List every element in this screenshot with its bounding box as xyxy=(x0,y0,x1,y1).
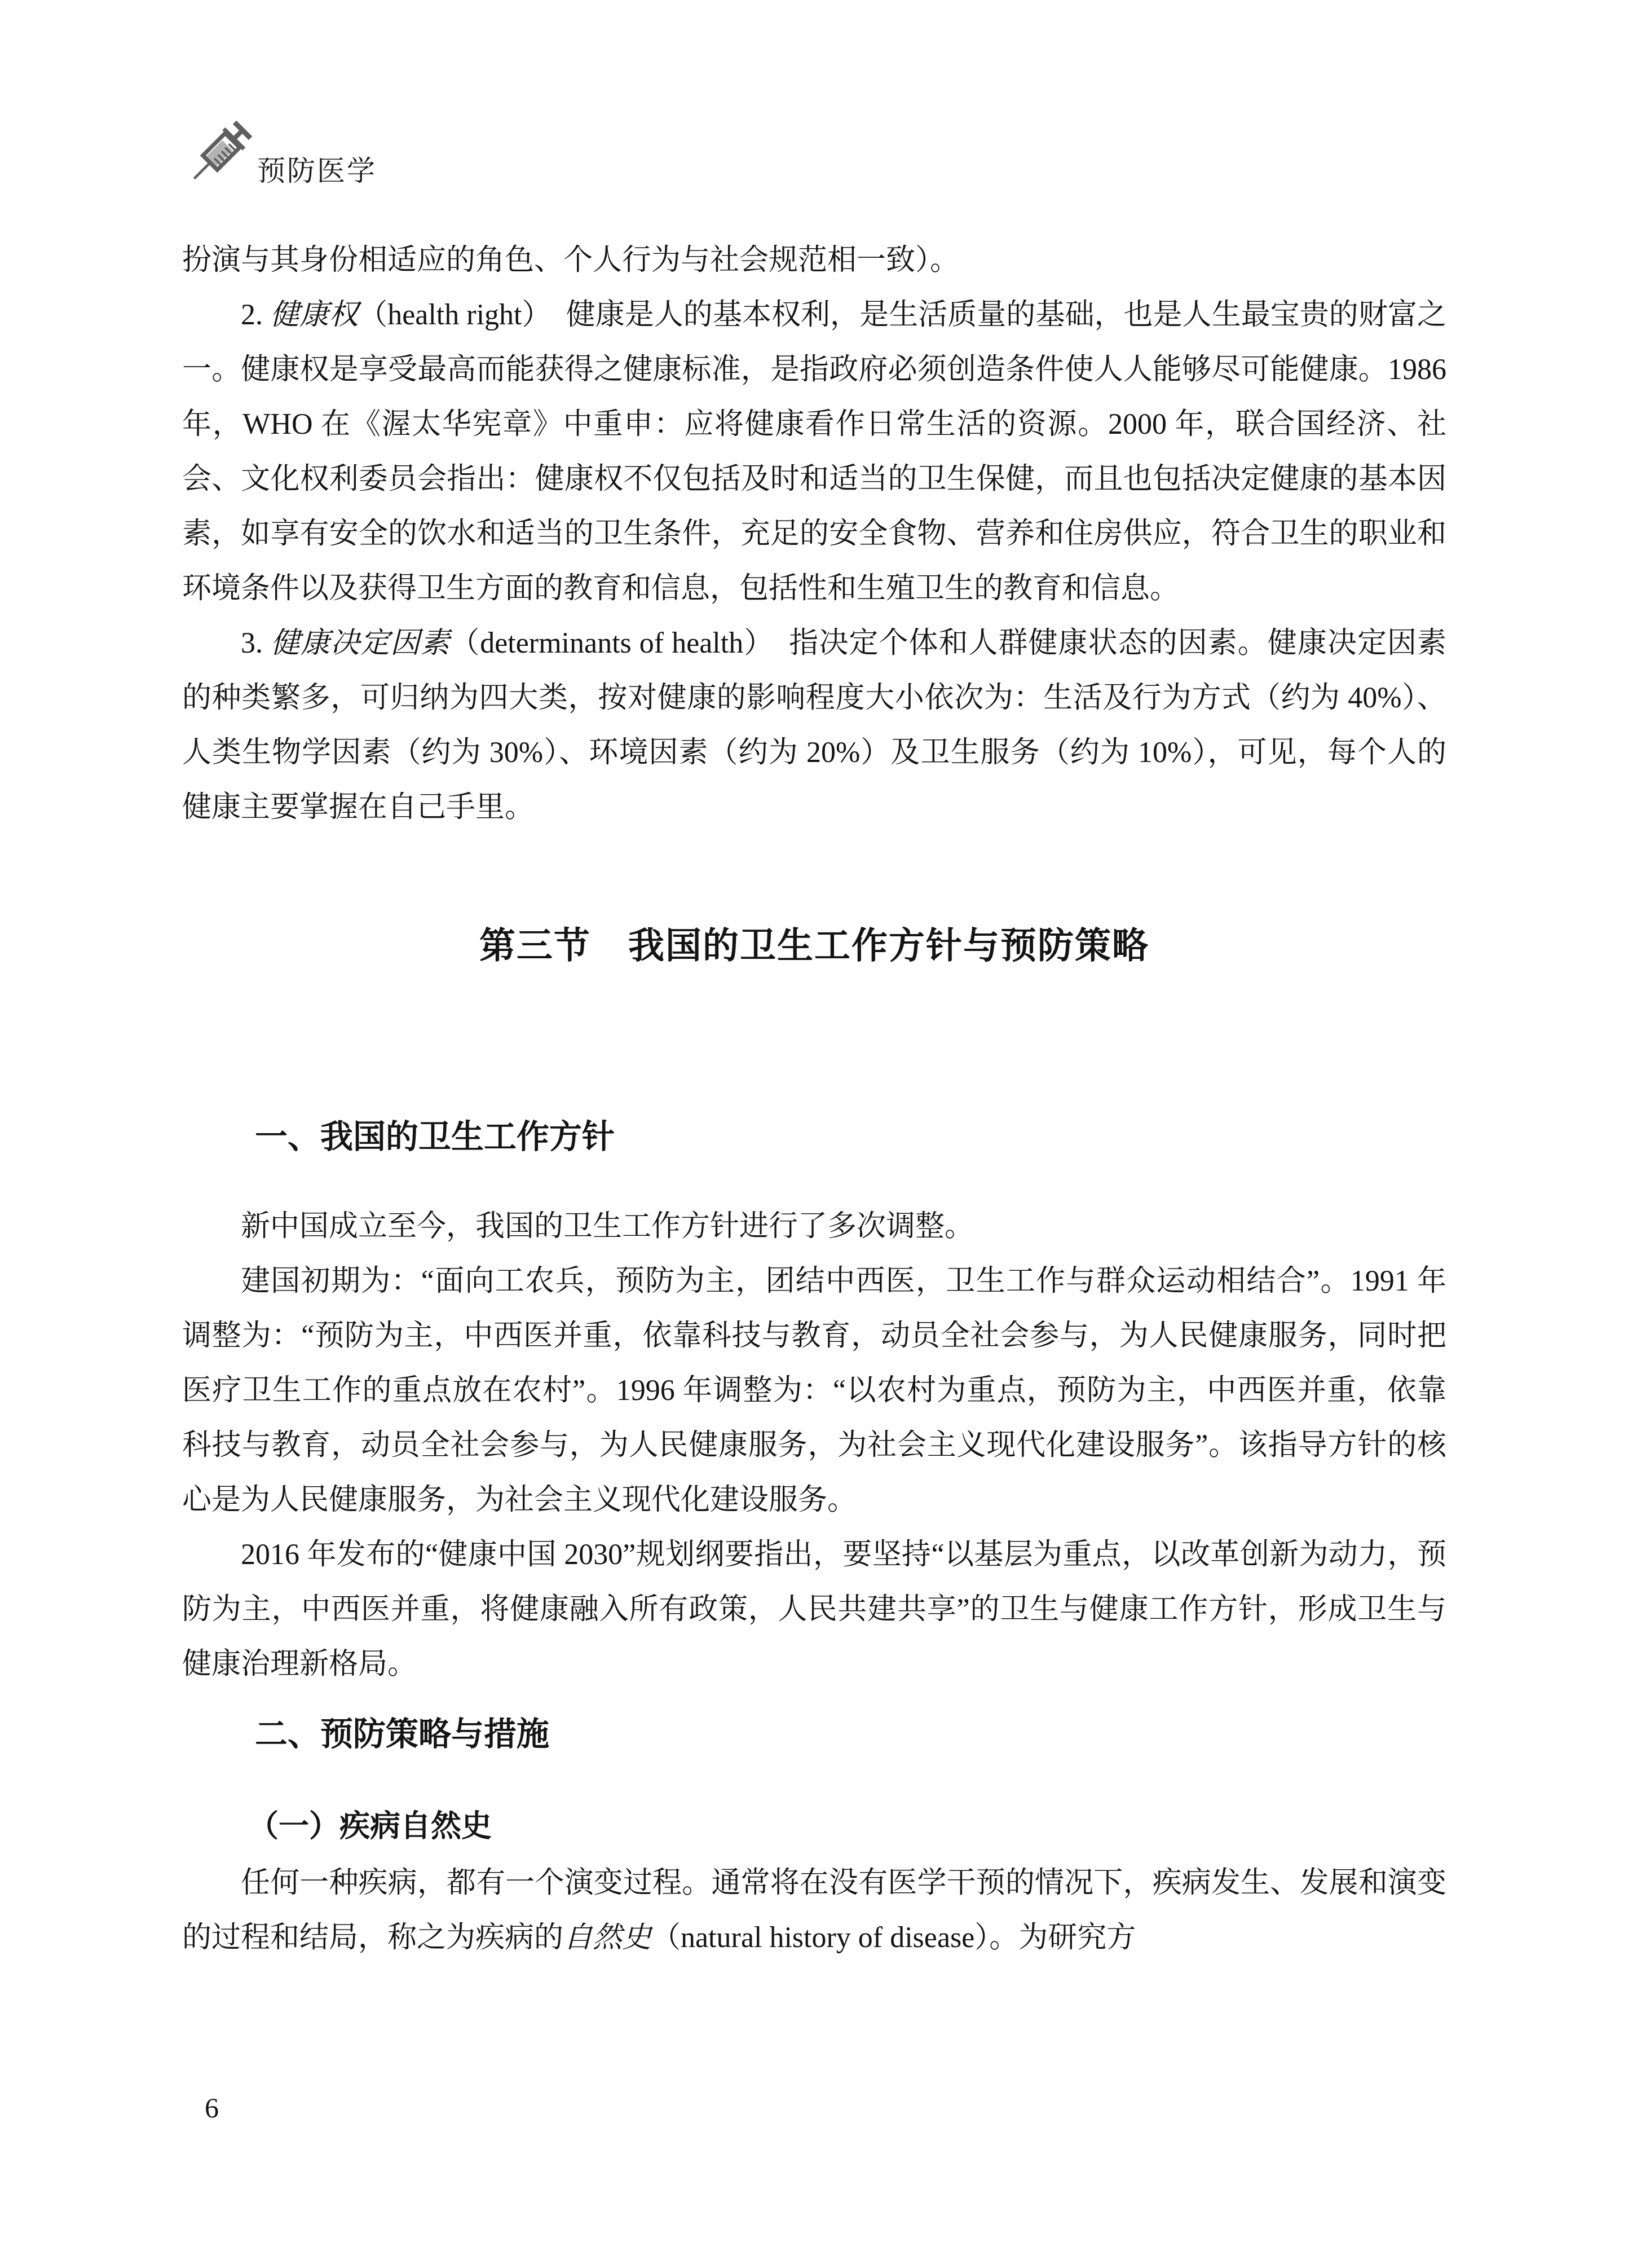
text-run: 2016 年发布的“健康中国 2030”规划纲要指出，要坚持“以基层为重点，以改… xyxy=(182,1539,1446,1680)
kai-term: 健康决定因素 xyxy=(271,627,450,659)
paragraph: 扮演与其身份相适应的角色、个人行为与社会规范相一致）。 xyxy=(182,233,1446,288)
text-run: 2. xyxy=(241,299,270,331)
heading-h3: （一）疾病自然史 xyxy=(182,1804,1446,1848)
text-run: （一）疾病自然史 xyxy=(248,1809,492,1843)
paragraph: 新中国成立至今，我国的卫生工作方针进行了多次调整。 xyxy=(182,1199,1446,1254)
header-logo-text: 预防医学 xyxy=(257,156,377,186)
page-header: 预防医学 xyxy=(187,112,377,186)
text-run: （health right） 健康是人的基本权利，是生活质量的基础，也是人生最宝… xyxy=(182,299,1446,605)
paragraph: 任何一种疾病，都有一个演变过程。通常将在没有医学干预的情况下，疾病发生、发展和演… xyxy=(182,1856,1446,1965)
heading-h1: 第三节 我国的卫生工作方针与预防策略 xyxy=(182,919,1446,971)
book-page: 预防医学 扮演与其身份相适应的角色、个人行为与社会规范相一致）。2. 健康权（h… xyxy=(0,0,1628,2268)
kai-term: 自然史 xyxy=(563,1922,651,1954)
paragraph: 建国初期为：“面向工农兵，预防为主，团结中西医，卫生工作与群众运动相结合”。19… xyxy=(182,1254,1446,1527)
text-run: 二、预防策略与措施 xyxy=(255,1716,549,1752)
text-run: 建国初期为：“面向工农兵，预防为主，团结中西医，卫生工作与群众运动相结合”。19… xyxy=(182,1265,1446,1516)
text-run: 第三节 我国的卫生工作方针与预防策略 xyxy=(479,925,1149,966)
text-run: 3. xyxy=(241,627,271,659)
text-run: （natural history of disease）。为研究方 xyxy=(651,1922,1136,1954)
heading-h2: 一、我国的卫生工作方针 xyxy=(182,1114,1446,1160)
paragraph: 2016 年发布的“健康中国 2030”规划纲要指出，要坚持“以基层为重点，以改… xyxy=(182,1527,1446,1692)
paragraph: 2. 健康权（health right） 健康是人的基本权利，是生活质量的基础，… xyxy=(182,288,1446,616)
text-run: 新中国成立至今，我国的卫生工作方针进行了多次调整。 xyxy=(241,1210,974,1243)
syringe-icon xyxy=(187,112,261,186)
page-number: 6 xyxy=(205,2091,219,2124)
paragraph: 3. 健康决定因素（determinants of health） 指决定个体和… xyxy=(182,616,1446,835)
heading-h2: 二、预防策略与措施 xyxy=(182,1711,1446,1758)
text-run: 一、我国的卫生工作方针 xyxy=(255,1118,615,1155)
document-body: 扮演与其身份相适应的角色、个人行为与社会规范相一致）。2. 健康权（health… xyxy=(182,233,1446,1965)
text-run: 扮演与其身份相适应的角色、个人行为与社会规范相一致）。 xyxy=(182,244,959,276)
kai-term: 健康权 xyxy=(270,299,358,331)
